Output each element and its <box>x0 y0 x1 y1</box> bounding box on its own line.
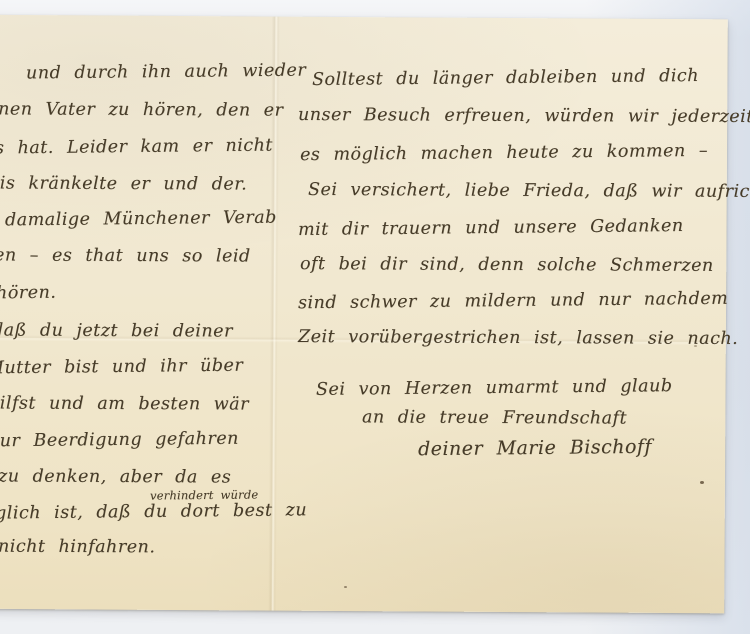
handwriting-line: Sei versichert, liebe Frieda, daß wir au… <box>308 180 750 202</box>
handwriting-line: oft bei dir sind, denn solche Schmerzen <box>300 254 714 276</box>
closing-line: an die treue Freundschaft <box>362 407 627 428</box>
scan-background: und durch ihn auch wieder inen Vater zu … <box>0 0 750 634</box>
handwriting-line: nis kränkelte er und der. <box>0 173 247 194</box>
handwriting-line: en – es that uns so leid <box>0 245 251 266</box>
ink-speck <box>694 345 697 347</box>
handwriting-line: es möglich machen heute zu kommen – <box>300 141 708 165</box>
handwriting-line: daß du jetzt bei deiner <box>0 320 233 341</box>
handwriting-line: s hat. Leider kam er nicht <box>0 136 273 159</box>
closing-line: Sei von Herzen umarmt und glaub <box>316 376 673 400</box>
handwriting-line: mit dir trauern und unsere Gedanken <box>298 216 684 240</box>
handwriting-line: damalige Münchener Verab <box>5 208 277 231</box>
handwriting-line: zu denken, aber da es <box>0 466 231 487</box>
handwriting-line: öglich ist, daß du dort best zu <box>0 500 307 523</box>
handwriting-line: nicht hinfahren. <box>0 537 155 558</box>
handwriting-line: Zeit vorübergestrichen ist, lassen sie n… <box>298 327 738 349</box>
handwriting-line: Solltest du länger dableiben und dich <box>312 66 699 90</box>
handwriting-line: unser Besuch erfreuen, würden wir jederz… <box>298 105 750 127</box>
signature-line: deiner Marie Bischoff <box>418 436 652 460</box>
handwriting-line: zur Beerdigung gefahren <box>0 429 239 452</box>
handwriting-line: und durch ihn auch wieder <box>26 61 306 84</box>
ink-speck <box>344 586 347 588</box>
handwriting-line: hören. <box>0 283 56 304</box>
handwriting-line: hilfst und am besten wär <box>0 393 249 414</box>
handwriting-line: Mutter bist und ihr über <box>0 356 243 379</box>
handwriting-line: inen Vater zu hören, den er <box>0 99 283 120</box>
ink-speck <box>700 481 704 484</box>
